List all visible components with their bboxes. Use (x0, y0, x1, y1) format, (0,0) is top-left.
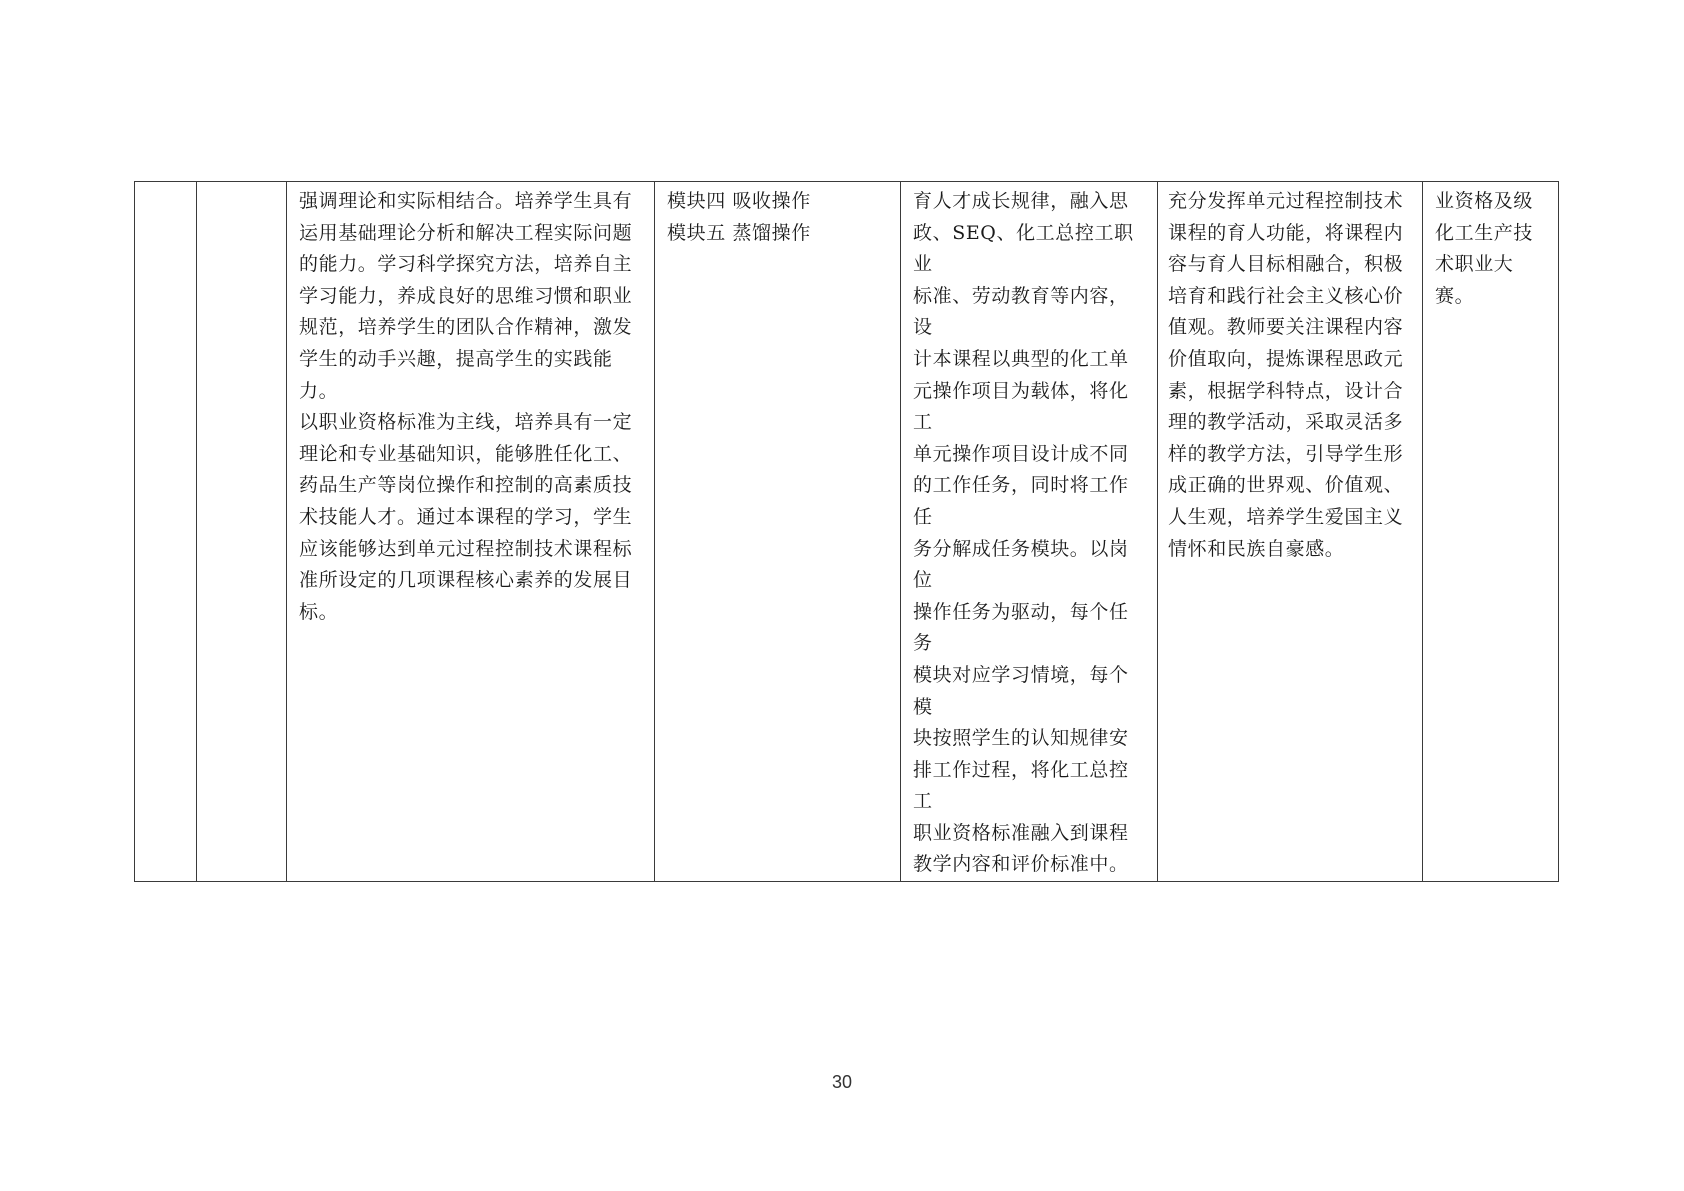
text-line: 块按照学生的认知规律安 (913, 723, 1147, 755)
text-line: 培育和践行社会主义核心价 (1168, 281, 1412, 313)
cell-index (135, 182, 197, 882)
text-line: 术职业大赛。 (1435, 249, 1548, 312)
text-line: 准所设定的几项课程核心素养的发展目 (299, 565, 644, 597)
text-line: 教学内容和评价标准中。 (913, 849, 1147, 881)
text-line: 值观。教师要关注课程内容 (1168, 312, 1412, 344)
text-line: 标。 (299, 597, 644, 629)
text-line: 模块四 吸收操作 (667, 186, 890, 218)
cell-course-objectives: 强调理论和实际相结合。培养学生具有运用基础理论分析和解决工程实际问题的能力。学习… (287, 182, 655, 882)
text-line: 学生的动手兴趣，提高学生的实践能力。 (299, 344, 644, 407)
text-line: 容与育人目标相融合，积极 (1168, 249, 1412, 281)
text-line: 规范，培养学生的团队合作精神，激发 (299, 312, 644, 344)
cell-course-name (197, 182, 287, 882)
text-line: 强调理论和实际相结合。培养学生具有 (299, 186, 644, 218)
text-line: 理的教学活动，采取灵活多 (1168, 407, 1412, 439)
text-line: 模块五 蒸馏操作 (667, 218, 890, 250)
text-line: 运用基础理论分析和解决工程实际问题 (299, 218, 644, 250)
cell-teaching-design: 育人才成长规律，融入思政、SEQ、化工总控工职业标准、劳动教育等内容，设计本课程… (901, 182, 1158, 882)
curriculum-table: 强调理论和实际相结合。培养学生具有运用基础理论分析和解决工程实际问题的能力。学习… (134, 181, 1559, 882)
text-line: 样的教学方法，引导学生形 (1168, 439, 1412, 471)
page-number: 30 (0, 1072, 1684, 1093)
text-line: 标准、劳动教育等内容，设 (913, 281, 1147, 344)
text-line: 政、SEQ、化工总控工职业 (913, 218, 1147, 281)
text-line: 化工生产技 (1435, 218, 1548, 250)
text-line: 职业资格标准融入到课程 (913, 818, 1147, 850)
text-line: 药品生产等岗位操作和控制的高素质技 (299, 470, 644, 502)
text-line: 素，根据学科特点，设计合 (1168, 376, 1412, 408)
cell-certification: 业资格及级化工生产技术职业大赛。 (1423, 182, 1559, 882)
text-line: 元操作项目为载体，将化工 (913, 376, 1147, 439)
text-line: 模块对应学习情境，每个模 (913, 660, 1147, 723)
text-line: 计本课程以典型的化工单 (913, 344, 1147, 376)
text-line: 课程的育人功能，将课程内 (1168, 218, 1412, 250)
text-line: 的能力。学习科学探究方法，培养自主 (299, 249, 644, 281)
table-row: 强调理论和实际相结合。培养学生具有运用基础理论分析和解决工程实际问题的能力。学习… (135, 182, 1559, 882)
text-line: 理论和专业基础知识，能够胜任化工、 (299, 439, 644, 471)
text-line: 育人才成长规律，融入思 (913, 186, 1147, 218)
text-line: 业资格及级 (1435, 186, 1548, 218)
text-line: 应该能够达到单元过程控制技术课程标 (299, 534, 644, 566)
text-line: 价值取向，提炼课程思政元 (1168, 344, 1412, 376)
text-line: 排工作过程，将化工总控工 (913, 755, 1147, 818)
text-line: 操作任务为驱动，每个任务 (913, 597, 1147, 660)
text-line: 以职业资格标准为主线，培养具有一定 (299, 407, 644, 439)
text-line: 人生观，培养学生爱国主义 (1168, 502, 1412, 534)
text-line: 单元操作项目设计成不同 (913, 439, 1147, 471)
text-line: 充分发挥单元过程控制技术 (1168, 186, 1412, 218)
text-line: 的工作任务，同时将工作任 (913, 470, 1147, 533)
text-line: 成正确的世界观、价值观、 (1168, 470, 1412, 502)
text-line: 术技能人才。通过本课程的学习，学生 (299, 502, 644, 534)
text-line: 学习能力，养成良好的思维习惯和职业 (299, 281, 644, 313)
text-line: 务分解成任务模块。以岗位 (913, 534, 1147, 597)
cell-ideological-education: 充分发挥单元过程控制技术课程的育人功能，将课程内容与育人目标相融合，积极培育和践… (1158, 182, 1423, 882)
cell-modules: 模块四 吸收操作模块五 蒸馏操作 (655, 182, 901, 882)
text-line: 情怀和民族自豪感。 (1168, 534, 1412, 566)
